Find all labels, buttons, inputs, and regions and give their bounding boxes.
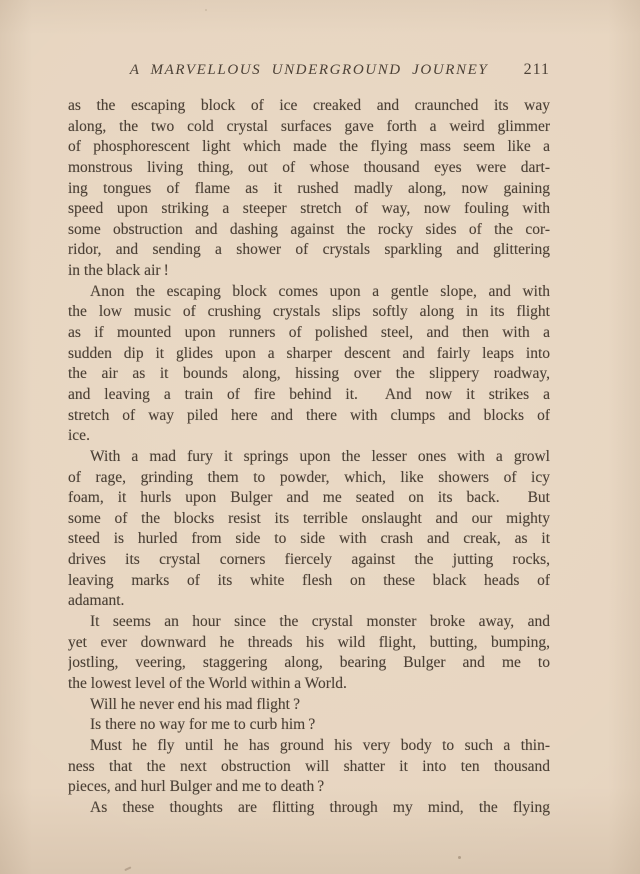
text-line: some obstruction and dashing against the… <box>68 220 550 241</box>
text-line: drives its crystal corners fiercely agai… <box>68 550 550 571</box>
text-line: ice. <box>68 426 550 447</box>
text-line: the low music of crushing crystals slips… <box>68 302 550 323</box>
text-line: the air as it bounds along, hissing over… <box>68 364 550 385</box>
paragraph: as the escaping block of ice creaked and… <box>68 96 550 282</box>
text-line: and leaving a train of fire behind it. A… <box>68 385 550 406</box>
text-line: With a mad fury it springs upon the less… <box>68 447 550 468</box>
text-line: Is there no way for me to curb him ? <box>68 715 550 736</box>
text-line: leaving marks of its white flesh on thes… <box>68 571 550 592</box>
text-line: ing tongues of flame as it rushed madly … <box>68 179 550 200</box>
text-line: Anon the escaping block comes upon a gen… <box>68 282 550 303</box>
text-line: the lowest level of the World within a W… <box>68 674 550 695</box>
running-header: A MARVELLOUS UNDERGROUND JOURNEY 211 <box>68 61 550 83</box>
book-page: A MARVELLOUS UNDERGROUND JOURNEY 211 as … <box>0 0 640 874</box>
paragraph: As these thoughts are flitting through m… <box>68 798 550 819</box>
text-line: Will he never end his mad flight ? <box>68 695 550 716</box>
paragraph: Is there no way for me to curb him ? <box>68 715 550 736</box>
text-line: pieces, and hurl Bulger and me to death … <box>68 777 550 798</box>
text-line: ness that the next obstruction will shat… <box>68 757 550 778</box>
text-line: along, the two cold crystal surfaces gav… <box>68 117 550 138</box>
text-line: foam, it hurls upon Bulger and me seated… <box>68 488 550 509</box>
text-line: as the escaping block of ice creaked and… <box>68 96 550 117</box>
text-line: As these thoughts are flitting through m… <box>68 798 550 819</box>
text-line: monstrous living thing, out of whose tho… <box>68 158 550 179</box>
paper-speck <box>458 856 461 859</box>
text-line: some of the blocks resist its terrible o… <box>68 509 550 530</box>
page-number: 211 <box>524 61 550 79</box>
text-line: in the black air ! <box>68 261 550 282</box>
paragraph: Anon the escaping block comes upon a gen… <box>68 282 550 447</box>
text-line: yet ever downward he threads his wild fl… <box>68 633 550 654</box>
paragraph: It seems an hour since the crystal monst… <box>68 612 550 695</box>
text-line: ridor, and sending a shower of crystals … <box>68 240 550 261</box>
running-header-title: A MARVELLOUS UNDERGROUND JOURNEY <box>130 62 489 78</box>
page-text: as the escaping block of ice creaked and… <box>68 96 550 818</box>
text-line: of phosphorescent light which made the f… <box>68 137 550 158</box>
text-line: sudden dip it glides upon a sharper desc… <box>68 344 550 365</box>
text-line: of rage, grinding them to powder, which,… <box>68 468 550 489</box>
paragraph: Will he never end his mad flight ? <box>68 695 550 716</box>
text-line: speed upon striking a steeper stretch of… <box>68 199 550 220</box>
paper-speck <box>124 866 131 870</box>
text-line: It seems an hour since the crystal monst… <box>68 612 550 633</box>
paper-speck <box>205 9 207 11</box>
text-line: as if mounted upon runners of polished s… <box>68 323 550 344</box>
text-line: stretch of way piled here and there with… <box>68 406 550 427</box>
paragraph: Must he fly until he has ground his very… <box>68 736 550 798</box>
text-line: jostling, veering, staggering along, bea… <box>68 653 550 674</box>
text-line: Must he fly until he has ground his very… <box>68 736 550 757</box>
text-line: adamant. <box>68 591 550 612</box>
text-line: steed is hurled from side to side with c… <box>68 529 550 550</box>
paragraph: With a mad fury it springs upon the less… <box>68 447 550 612</box>
